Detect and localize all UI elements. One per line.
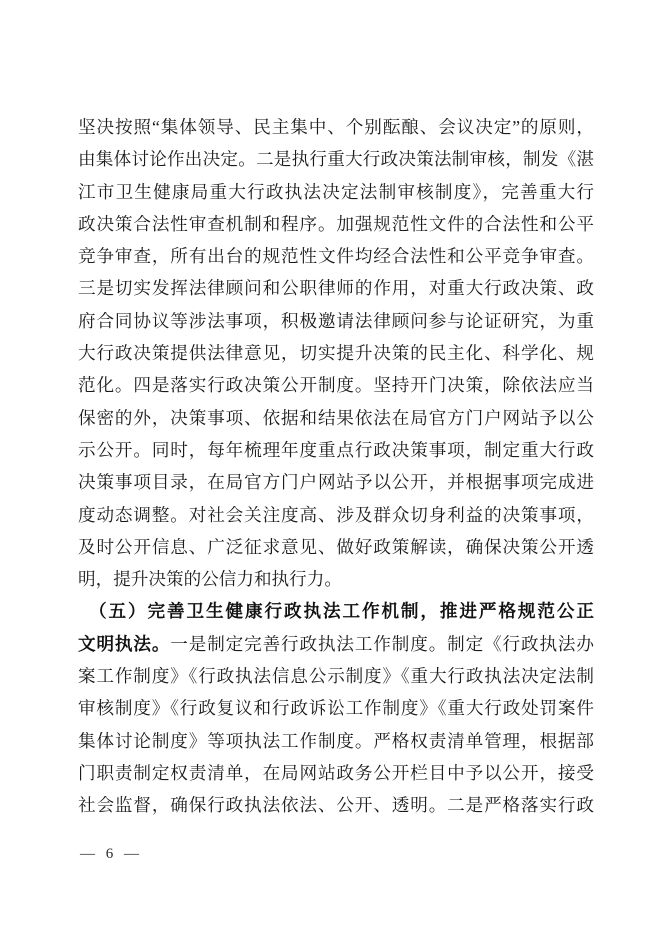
text-line: 社会监督，确保行政执法依法、公开、透明。二是严格落实行政 bbox=[78, 789, 594, 821]
text-line: 范化。四是落实行政决策公开制度。坚持开门决策，除依法应当 bbox=[78, 369, 594, 401]
section-heading-continuation: 文明执法。 bbox=[78, 634, 170, 654]
text-line: 保密的外，决策事项、依据和结果依法在局官方门户网站予以公 bbox=[78, 402, 594, 434]
document-page: 坚决按照“集体领导、民主集中、个别酝酿、会议决定”的原则， 由集体讨论作出决定。… bbox=[0, 0, 666, 934]
text-line: 文明执法。一是制定完善行政执法工作制度。制定《行政执法办 bbox=[78, 628, 594, 660]
text-line: 明，提升决策的公信力和执行力。 bbox=[78, 563, 594, 595]
text-line: 决策事项目录，在局官方门户网站予以公开，并根据事项完成进 bbox=[78, 466, 594, 498]
text-line: 江市卫生健康局重大行政执法决定法制审核制度》，完善重大行 bbox=[78, 176, 594, 208]
text-line: 示公开。同时，每年梳理年度重点行政决策事项，制定重大行政 bbox=[78, 434, 594, 466]
text-line: 及时公开信息、广泛征求意见、做好政策解读，确保决策公开透 bbox=[78, 531, 594, 563]
text-line: 度动态调整。对社会关注度高、涉及群众切身利益的决策事项， bbox=[78, 499, 594, 531]
text-line: 竞争审查，所有出台的规范性文件均经合法性和公平竞争审查。 bbox=[78, 240, 594, 272]
page-footer: — 6 — bbox=[80, 846, 141, 863]
text-line: 府合同协议等涉法事项，积极邀请法律顾问参与论证研究，为重 bbox=[78, 305, 594, 337]
text-line: 由集体讨论作出决定。二是执行重大行政决策法制审核，制发《湛 bbox=[78, 143, 594, 175]
text-run: 一是制定完善行政执法工作制度。制定《行政执法办 bbox=[170, 634, 594, 654]
document-body: 坚决按照“集体领导、民主集中、个别酝酿、会议决定”的原则， 由集体讨论作出决定。… bbox=[78, 111, 594, 822]
text-line: 政决策合法性审查机制和程序。加强规范性文件的合法性和公平 bbox=[78, 208, 594, 240]
page-number: — 6 — bbox=[80, 846, 141, 862]
section-heading: （五）完善卫生健康行政执法工作机制，推进严格规范公正 bbox=[78, 595, 594, 627]
text-line: 审核制度》《行政复议和行政诉讼工作制度》《重大行政处罚案件 bbox=[78, 692, 594, 724]
text-line: 坚决按照“集体领导、民主集中、个别酝酿、会议决定”的原则， bbox=[78, 111, 594, 143]
text-line: 案工作制度》《行政执法信息公示制度》《重大行政执法决定法制 bbox=[78, 660, 594, 692]
text-line: 集体讨论制度》等项执法工作制度。严格权责清单管理，根据部 bbox=[78, 725, 594, 757]
text-line: 门职责制定权责清单，在局网站政务公开栏目中予以公开，接受 bbox=[78, 757, 594, 789]
text-line: 大行政决策提供法律意见，切实提升决策的民主化、科学化、规 bbox=[78, 337, 594, 369]
text-line: 三是切实发挥法律顾问和公职律师的作用，对重大行政决策、政 bbox=[78, 272, 594, 304]
